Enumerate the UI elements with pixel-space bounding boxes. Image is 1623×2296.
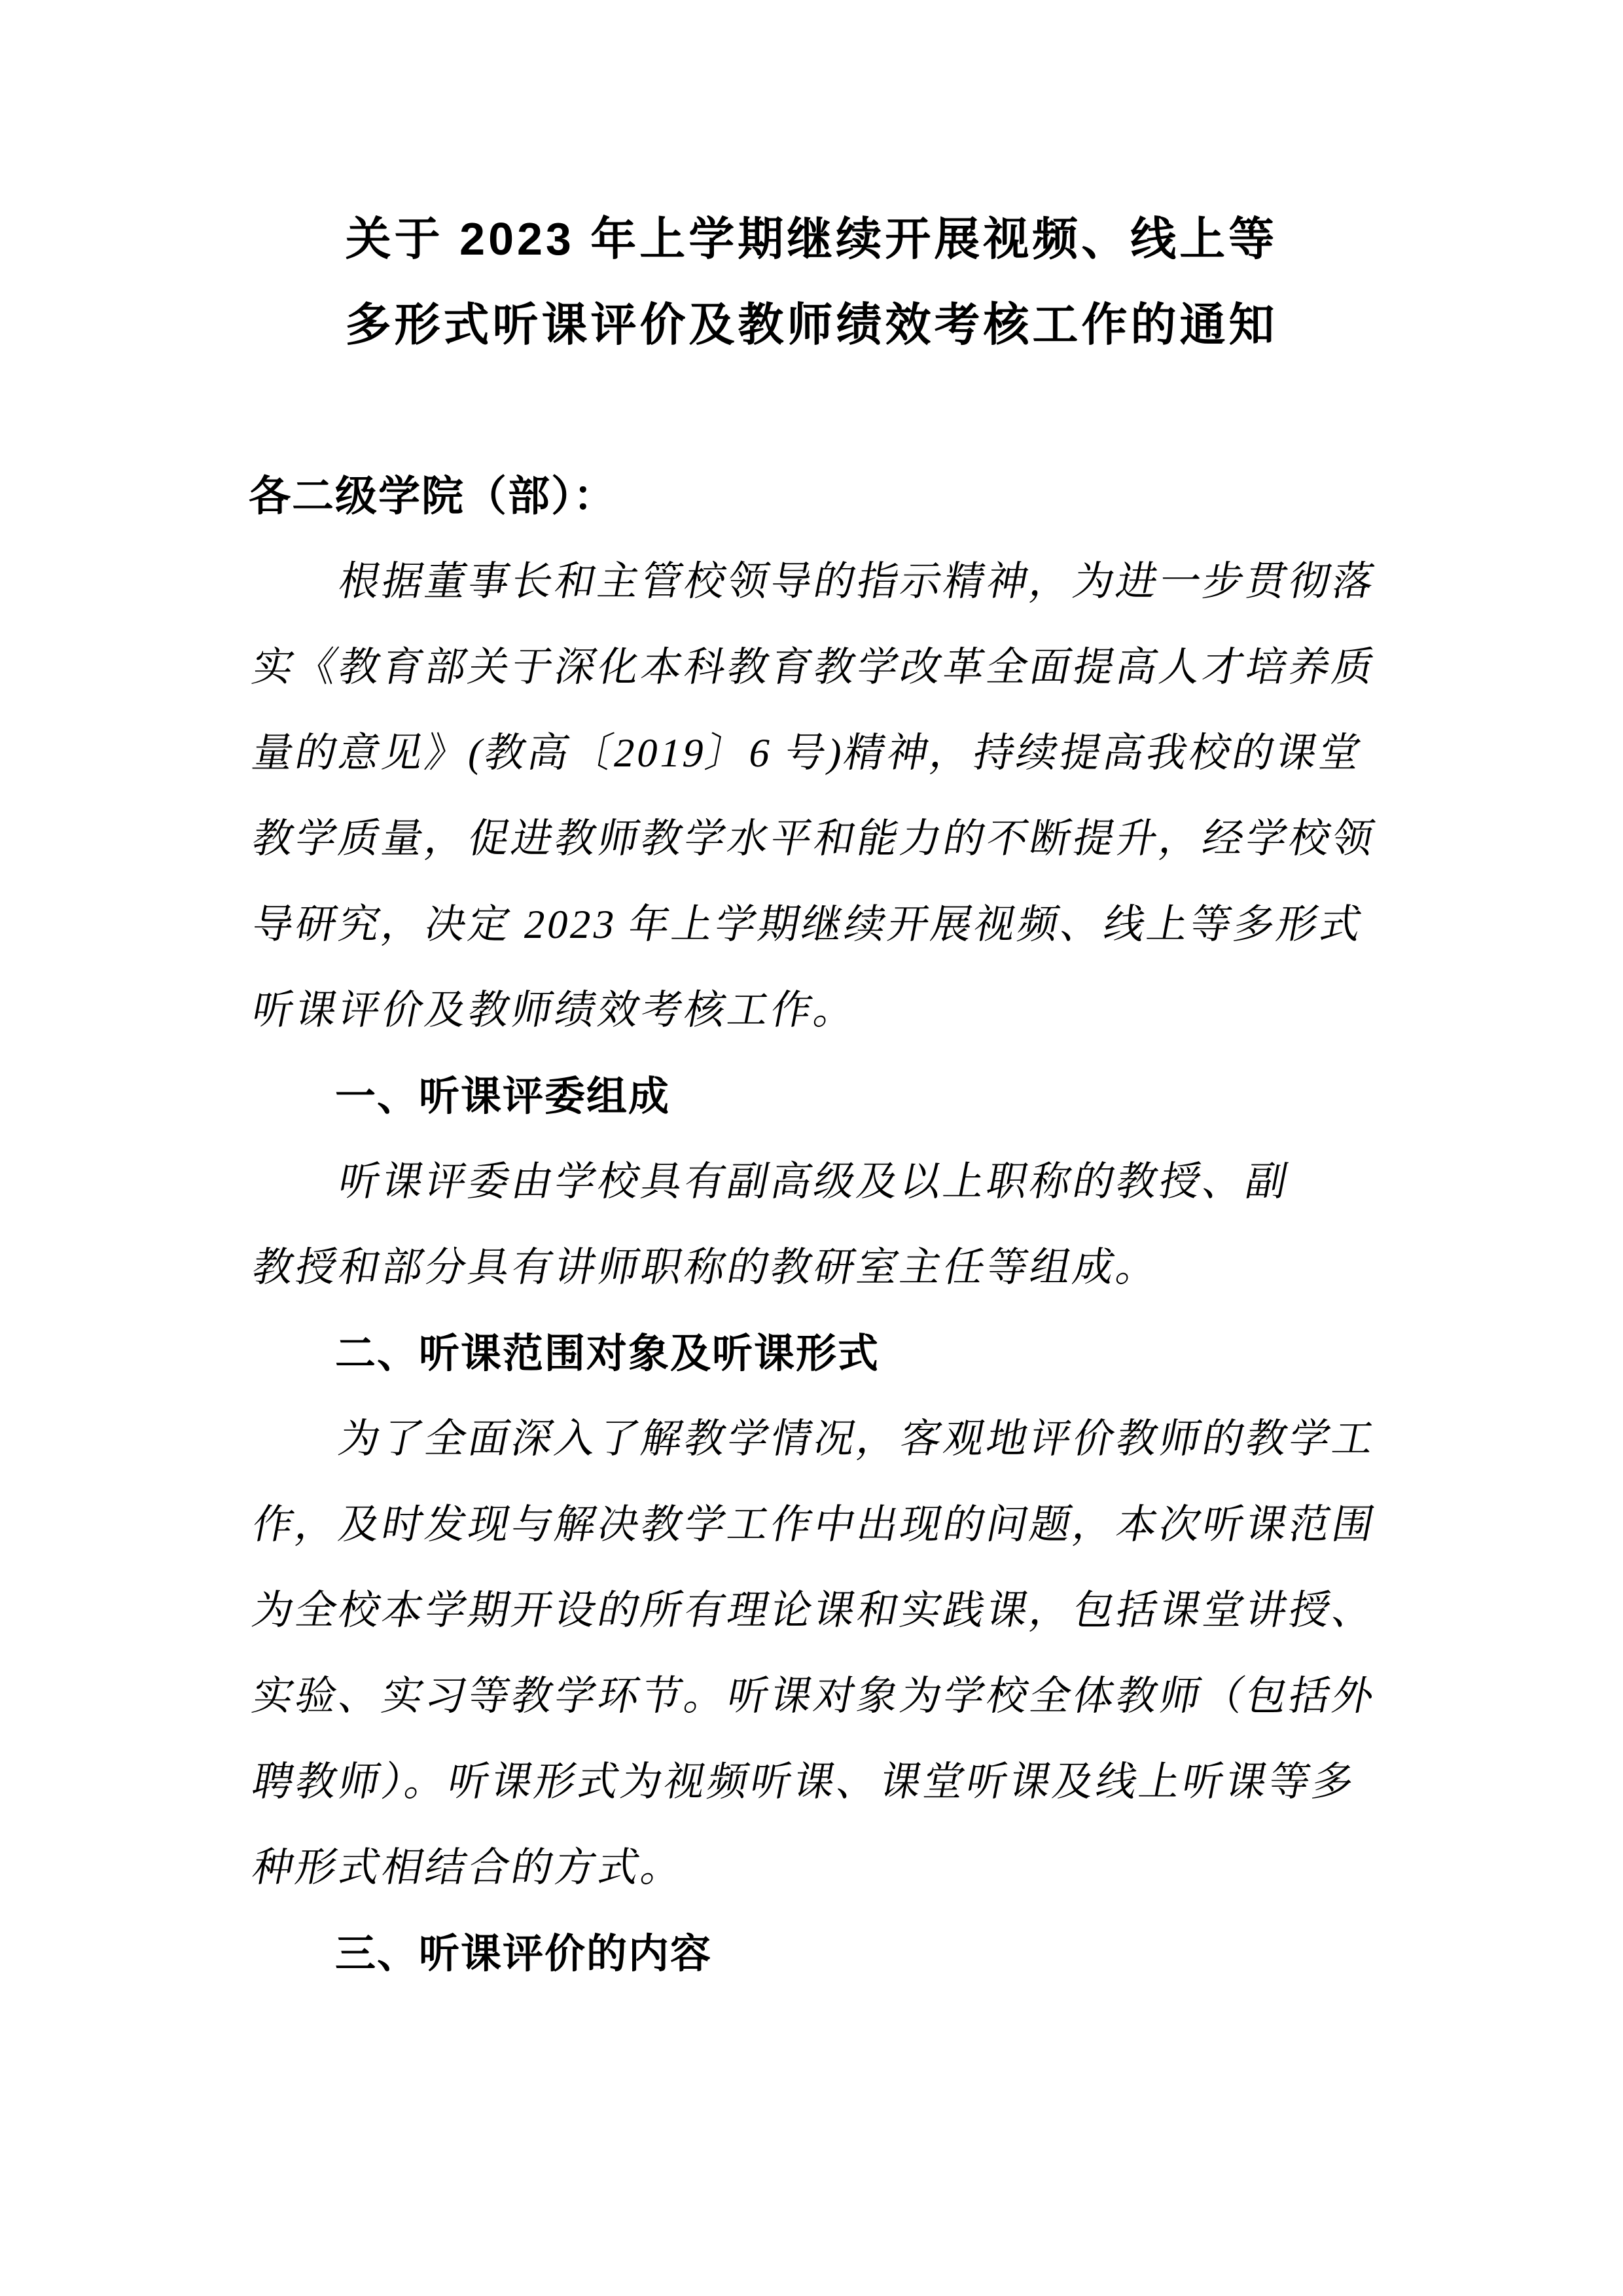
paragraph-1-line-6: 听课评价及教师绩效考核工作。 [249,968,1374,1054]
paragraph-1-line-5: 导研究，决定 2023 年上学期继续开展视频、线上等多形式 [249,882,1374,968]
salutation: 各二级学院（部）： [249,454,1374,539]
document-title-line-2: 多形式听课评价及教师绩效考核工作的通知 [249,282,1374,368]
section-heading-1: 一、听课评委组成 [249,1054,1374,1139]
spacer [249,368,1374,454]
document-page: 关于 2023 年上学期继续开展视频、线上等 多形式听课评价及教师绩效考核工作的… [0,0,1623,2296]
paragraph-3-line-3: 为全校本学期开设的所有理论课和实践课，包括课堂讲授、 [249,1568,1374,1654]
paragraph-1-line-4: 教学质量，促进教师教学水平和能力的不断提升，经学校领 [249,797,1374,882]
paragraph-3-line-4: 实验、实习等教学环节。听课对象为学校全体教师（包括外 [249,1654,1374,1740]
document-title-line-1: 关于 2023 年上学期继续开展视频、线上等 [249,196,1374,282]
section-heading-2: 二、听课范围对象及听课形式 [249,1311,1374,1397]
paragraph-3-line-2: 作，及时发现与解决教学工作中出现的问题，本次听课范围 [249,1482,1374,1568]
section-heading-3: 三、听课评价的内容 [249,1911,1374,1997]
paragraph-1-line-2: 实《教育部关于深化本科教育教学改革全面提高人才培养质 [249,625,1374,711]
paragraph-2-line-1: 听课评委由学校具有副高级及以上职称的教授、副 [249,1139,1374,1225]
paragraph-1-line-3: 量的意见》(教高〔2019〕6 号)精神，持续提高我校的课堂 [249,711,1374,797]
paragraph-3-line-6: 种形式相结合的方式。 [249,1825,1374,1911]
paragraph-3-line-5: 聘教师）。听课形式为视频听课、课堂听课及线上听课等多 [249,1740,1374,1825]
paragraph-3-line-1: 为了全面深入了解教学情况，客观地评价教师的教学工 [249,1397,1374,1482]
document-content: 关于 2023 年上学期继续开展视频、线上等 多形式听课评价及教师绩效考核工作的… [249,196,1374,1997]
paragraph-1-line-1: 根据董事长和主管校领导的指示精神，为进一步贯彻落 [249,539,1374,625]
paragraph-2-line-2: 教授和部分具有讲师职称的教研室主任等组成。 [249,1225,1374,1311]
